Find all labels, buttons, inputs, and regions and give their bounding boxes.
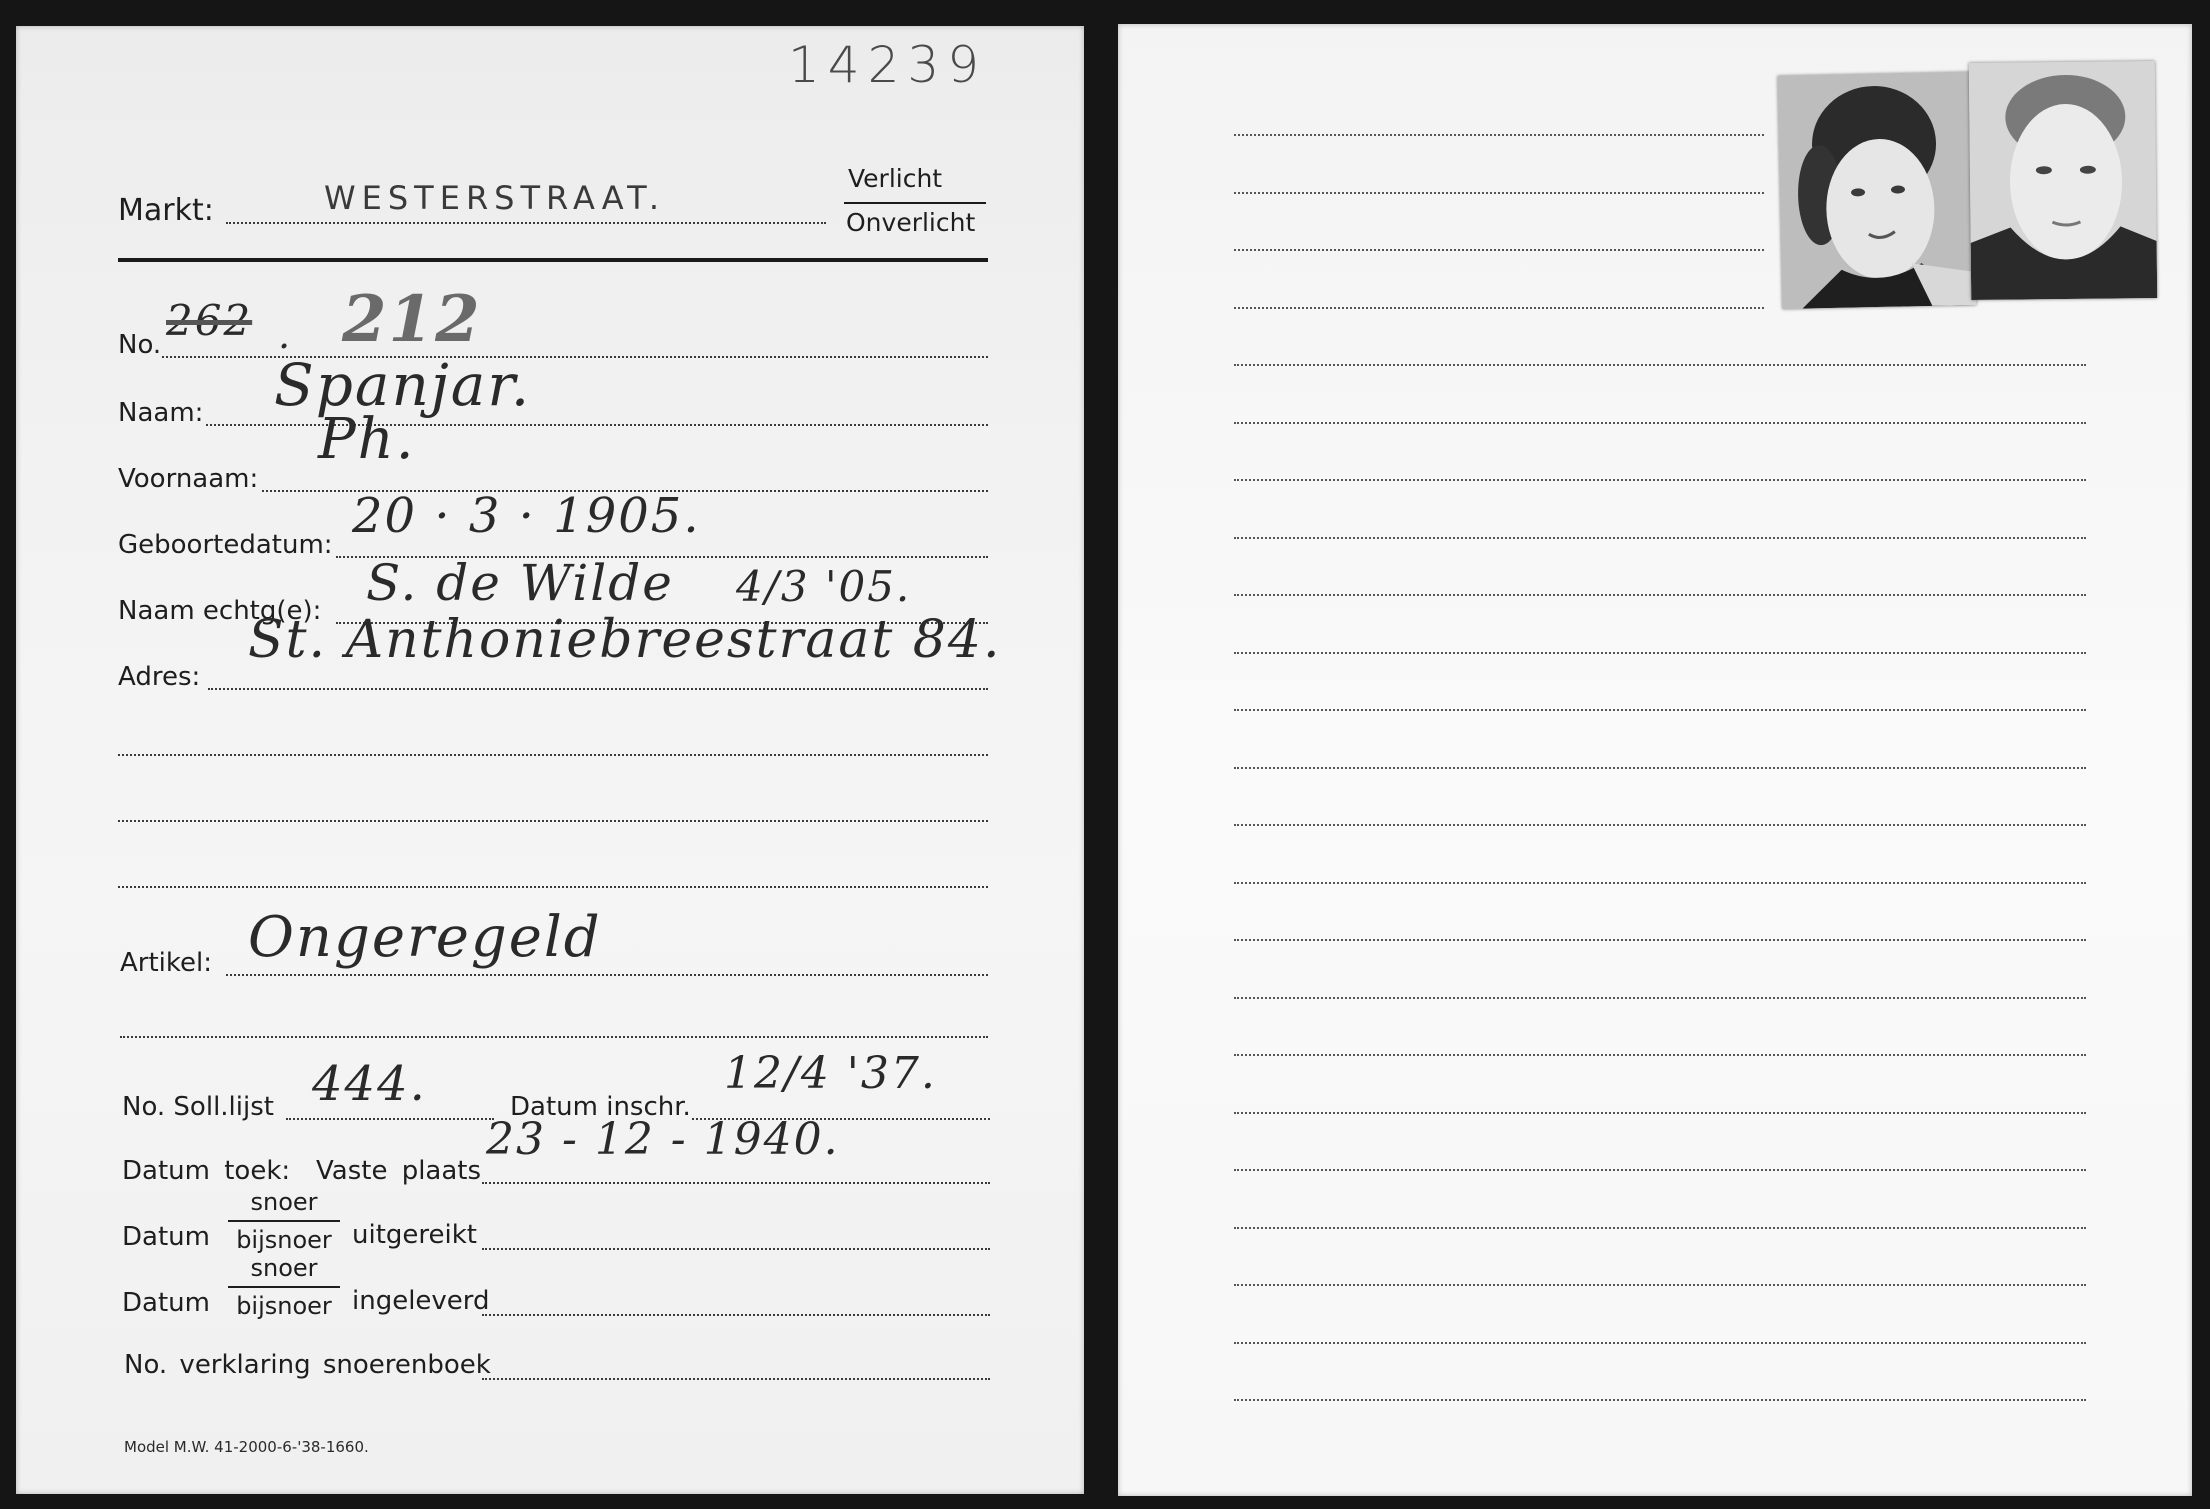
snoer-ingeleverd-numerator: snoer <box>228 1256 340 1288</box>
snoer-uitgereikt-dotted-line <box>482 1248 990 1250</box>
lighting-option-onverlicht: Onverlicht <box>846 210 975 235</box>
naam-echtgenote-value: S. de Wilde <box>366 558 674 608</box>
photo-man <box>1969 61 2157 300</box>
portrait-woman-icon <box>1778 72 1977 309</box>
back-ruled-line <box>1234 134 1764 136</box>
naam-value: Spanjar. <box>274 356 531 414</box>
datum-inschr-value: 12/4 '37. <box>724 1052 937 1096</box>
snoer-uitgereikt-label: Datum <box>122 1224 210 1250</box>
snoer-uitgereikt-fraction: snoer bijsnoer <box>228 1190 340 1252</box>
naam-echtgenote-date: 4/3 '05. <box>736 566 911 608</box>
geboortedatum-value: 20 · 3 · 1905. <box>352 492 701 540</box>
no-label: No. <box>118 332 161 358</box>
card-back <box>1118 24 2192 1496</box>
snoer-uitgereikt-numerator: snoer <box>228 1190 340 1222</box>
datum-toek-dotted-line <box>482 1182 990 1184</box>
snoer-uitgereikt-denominator: bijsnoer <box>228 1222 340 1252</box>
back-ruled-line <box>1234 1284 2086 1286</box>
lighting-divider <box>844 202 986 204</box>
adres-line-3 <box>118 820 988 822</box>
back-ruled-line <box>1234 249 1764 251</box>
back-ruled-line <box>1234 1112 2086 1114</box>
verklaring-label: No. verklaring snoerenboek <box>124 1352 491 1378</box>
snoer-ingeleverd-dotted-line <box>482 1314 990 1316</box>
markt-dotted-line <box>226 222 826 224</box>
snoer-uitgereikt-suffix: uitgereikt <box>352 1222 477 1248</box>
back-ruled-line <box>1234 882 2086 884</box>
datum-toek-label: Datum toek: <box>122 1158 290 1184</box>
markt-label: Markt: <box>118 196 214 226</box>
back-ruled-line <box>1234 422 2086 424</box>
markt-value: WESTERSTRAAT. <box>324 179 665 217</box>
back-ruled-line <box>1234 709 2086 711</box>
naam-label: Naam: <box>118 400 203 426</box>
no-value: 212 <box>342 288 482 352</box>
back-ruled-line <box>1234 767 2086 769</box>
back-ruled-line <box>1234 479 2086 481</box>
voornaam-label: Voornaam: <box>118 466 258 492</box>
back-ruled-line <box>1234 1227 2086 1229</box>
artikel-label: Artikel: <box>120 950 212 976</box>
soll-lijst-dotted-line <box>286 1118 494 1120</box>
back-ruled-line <box>1234 939 2086 941</box>
back-ruled-line <box>1234 997 2086 999</box>
portrait-man-icon <box>1969 61 2157 300</box>
back-ruled-line <box>1234 652 2086 654</box>
voornaam-value: Ph. <box>318 412 416 468</box>
soll-lijst-label: No. Soll.lijst <box>122 1094 274 1120</box>
form-model-footer: Model M.W. 41-2000-6-'38-1660. <box>124 1438 369 1456</box>
back-ruled-line <box>1234 537 2086 539</box>
no-separator: . <box>278 316 292 354</box>
snoer-ingeleverd-label: Datum <box>122 1290 210 1316</box>
soll-lijst-value: 444. <box>312 1060 427 1108</box>
snoer-ingeleverd-denominator: bijsnoer <box>228 1288 340 1318</box>
back-ruled-line <box>1234 1054 2086 1056</box>
back-ruled-line <box>1234 594 2086 596</box>
adres-dotted-line <box>208 688 988 690</box>
artikel-dotted-line <box>226 974 988 976</box>
back-ruled-line <box>1234 1342 2086 1344</box>
scanned-card-pair: 14239 Markt: WESTERSTRAAT. Verlicht Onve… <box>0 0 2210 1509</box>
adres-value: St. Anthoniebreestraat 84. <box>248 614 1001 666</box>
snoer-ingeleverd-fraction: snoer bijsnoer <box>228 1256 340 1318</box>
snoer-ingeleverd-suffix: ingeleverd <box>352 1288 490 1314</box>
adres-line-2 <box>118 754 988 756</box>
card-number: 14239 <box>788 40 987 90</box>
verklaring-dotted-line <box>482 1378 990 1380</box>
adres-line-4 <box>118 886 988 888</box>
header-rule <box>118 258 988 262</box>
adres-label: Adres: <box>118 664 200 690</box>
card-front: 14239 Markt: WESTERSTRAAT. Verlicht Onve… <box>16 26 1084 1494</box>
no-value-struck: 262 <box>166 300 252 342</box>
artikel-line-2 <box>120 1036 988 1038</box>
back-ruled-line <box>1234 307 1764 309</box>
datum-toek-value: 23 - 12 - 1940. <box>486 1118 840 1162</box>
back-ruled-line <box>1234 192 1764 194</box>
back-ruled-line <box>1234 1399 2086 1401</box>
vaste-plaats-label: Vaste plaats <box>316 1158 481 1184</box>
back-ruled-line <box>1234 1169 2086 1171</box>
artikel-value: Ongeregeld <box>248 910 602 966</box>
geboortedatum-label: Geboortedatum: <box>118 532 333 558</box>
back-ruled-line <box>1234 824 2086 826</box>
back-ruled-line <box>1234 364 2086 366</box>
lighting-option-verlicht: Verlicht <box>848 166 942 191</box>
photo-woman <box>1778 72 1977 309</box>
